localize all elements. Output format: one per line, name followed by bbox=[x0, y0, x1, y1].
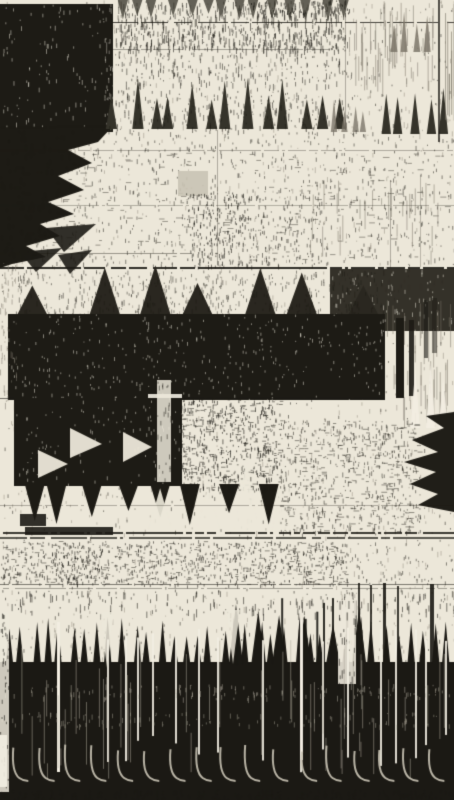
glitch-artwork-canvas bbox=[0, 0, 454, 800]
glitch-artwork bbox=[0, 0, 454, 800]
